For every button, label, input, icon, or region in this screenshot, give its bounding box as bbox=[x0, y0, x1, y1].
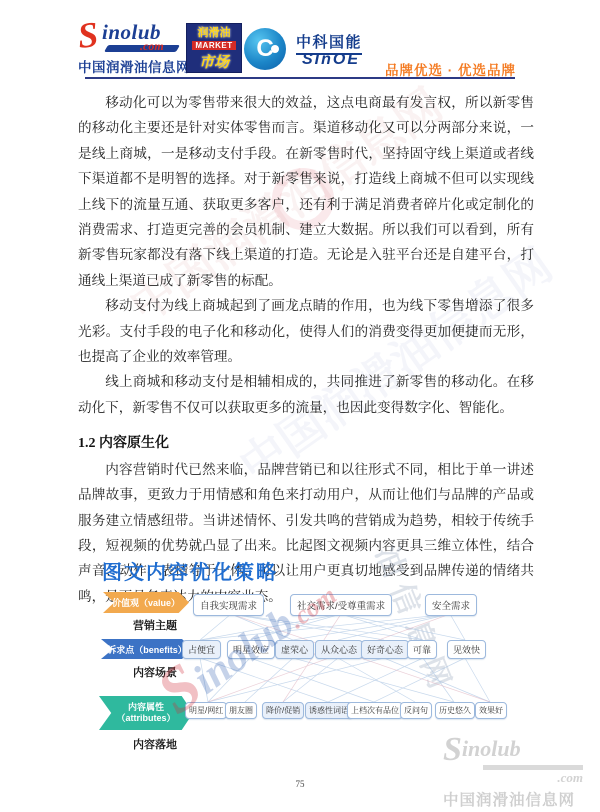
sinoe-wordmark: SInOE bbox=[302, 51, 360, 69]
header-divider bbox=[85, 77, 515, 79]
paragraph: 移动支付为线上商城起到了画龙点睛的作用，也为线下零售增添了很多光彩。支付手段的电… bbox=[78, 293, 534, 369]
corner-watermark-s: S bbox=[443, 731, 462, 768]
market-logo-line2: MARKET bbox=[192, 41, 235, 50]
diagram-node: 自我实现需求 bbox=[193, 594, 264, 616]
diagram-node: 好奇心态 bbox=[361, 640, 409, 659]
diagram-node: 明星效应 bbox=[227, 640, 275, 659]
row1-arrow-value: 价值观（value） bbox=[103, 592, 189, 613]
row3-arrow-attributes: 内容属性（attributes） bbox=[99, 696, 193, 730]
diagram-node: 从众心态 bbox=[315, 640, 363, 659]
document-body: 移动化可以为零售带来很大的效益，这点电商最有发言权，所以新零售的移动化主要还是针… bbox=[78, 90, 534, 609]
diagram-node: 安全需求 bbox=[425, 594, 477, 616]
diagram-node: 可靠 bbox=[407, 640, 437, 659]
diagram-node: 明星/网红 bbox=[185, 702, 227, 719]
diagram-node: 效果好 bbox=[475, 702, 507, 719]
market-logo-line3: 市场 bbox=[199, 51, 229, 72]
paragraph: 移动化可以为零售带来很大的效益，这点电商最有发言权，所以新零售的移动化主要还是针… bbox=[78, 90, 534, 293]
row3-side-label: 内容落地 bbox=[133, 736, 177, 752]
sinolub-logo: S inolub .com 中国润滑油信息网 bbox=[78, 18, 190, 74]
diagram-node: 历史悠久 bbox=[435, 702, 475, 719]
brand-slogan: 品牌优选 · 优选品牌 bbox=[385, 59, 516, 79]
diagram-node: 社交需求/受尊重需求 bbox=[290, 594, 392, 616]
sinoe-circle-icon: C bbox=[244, 28, 286, 70]
diagram-node: 降价/促销 bbox=[262, 702, 304, 719]
diagram-node: 见效快 bbox=[447, 640, 486, 659]
row2-arrow-benefits: 诉求点（benefits） bbox=[101, 639, 193, 659]
diagram-node: 朋友圈 bbox=[225, 702, 257, 719]
sinoe-c-glyph: C bbox=[256, 37, 273, 61]
corner-watermark-com: .com bbox=[483, 765, 583, 786]
diagram-node: 诱惑性词语 bbox=[305, 702, 353, 719]
paragraph: 线上商城和移动支付是相辅相成的，共同推进了新零售的移动化。在移动化下，新零售不仅… bbox=[78, 369, 534, 420]
corner-watermark-logo: Sinolub .com 中国润滑油信息网 bbox=[443, 731, 595, 810]
diagram-node: 虚荣心 bbox=[275, 640, 314, 659]
row2-side-label: 内容场景 bbox=[133, 664, 177, 680]
diagram-node: 占便宜 bbox=[182, 640, 221, 659]
lubricant-market-logo: 润滑油 MARKET 市场 bbox=[186, 23, 242, 73]
section-heading: 1.2 内容原生化 bbox=[78, 431, 534, 456]
diagram-node: 反问句 bbox=[400, 702, 432, 719]
corner-watermark-name: inolub bbox=[462, 736, 521, 761]
diagram-node: 上档次有品位 bbox=[347, 702, 403, 719]
row1-side-label: 营销主题 bbox=[133, 617, 177, 633]
sinoe-logo: C 中科国能 SInOE bbox=[244, 27, 394, 73]
corner-watermark-subtitle: 中国润滑油信息网 bbox=[443, 788, 595, 810]
market-logo-line1: 润滑油 bbox=[198, 24, 231, 40]
sinolub-subtitle: 中国润滑油信息网 bbox=[78, 56, 190, 76]
sinolub-com-label: .com bbox=[140, 39, 164, 54]
sinolub-s-icon: S bbox=[76, 13, 100, 57]
